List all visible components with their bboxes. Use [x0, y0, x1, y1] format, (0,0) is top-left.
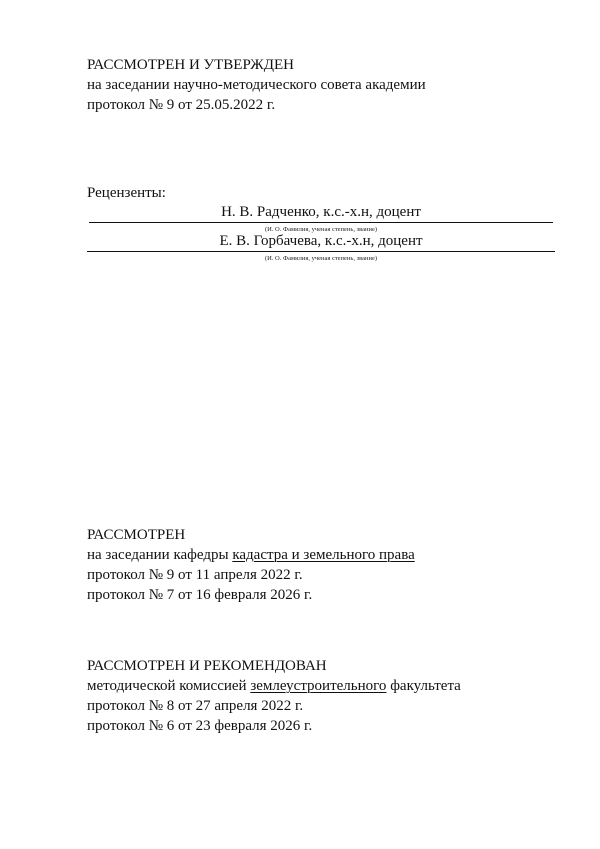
reviewer-1-name: Н. В. Радченко, к.с.-х.н, доцент [221, 202, 421, 222]
department-protocol-1: протокол № 9 от 11 апреля 2022 г. [87, 565, 303, 585]
department-meeting-line: на заседании кафедры кадастра и земельно… [87, 545, 415, 565]
approval-heading: РАССМОТРЕН И УТВЕРЖДЕН [87, 55, 294, 75]
approval-protocol-line: протокол № 9 от 25.05.2022 г. [87, 95, 275, 115]
department-name: кадастра и земельного права [232, 547, 414, 563]
commission-prefix: методической комиссией [87, 678, 250, 694]
commission-protocol-2: протокол № 6 от 23 февраля 2026 г. [87, 716, 312, 736]
reviewer-2-field: Е. В. Горбачева, к.с.-х.н, доцент [87, 231, 555, 252]
department-protocol-2: протокол № 7 от 16 февраля 2026 г. [87, 585, 312, 605]
reviewer-1-field: Н. В. Радченко, к.с.-х.н, доцент [89, 202, 553, 223]
approval-council-line: на заседании научно-методического совета… [87, 75, 426, 95]
reviewer-2-caption: (И. О. Фамилия, ученая степень, звание) [87, 254, 555, 263]
department-meeting-prefix: на заседании кафедры [87, 547, 232, 563]
commission-suffix: факультета [386, 678, 460, 694]
commission-heading: РАССМОТРЕН И РЕКОМЕНДОВАН [87, 656, 327, 676]
reviewer-2-name: Е. В. Горбачева, к.с.-х.н, доцент [219, 231, 422, 251]
commission-protocol-1: протокол № 8 от 27 апреля 2022 г. [87, 696, 303, 716]
faculty-name: землеустроительного [250, 678, 386, 694]
commission-line: методической комиссией землеустроительно… [87, 676, 461, 696]
department-heading: РАССМОТРЕН [87, 525, 185, 545]
reviewers-label: Рецензенты: [87, 183, 166, 203]
